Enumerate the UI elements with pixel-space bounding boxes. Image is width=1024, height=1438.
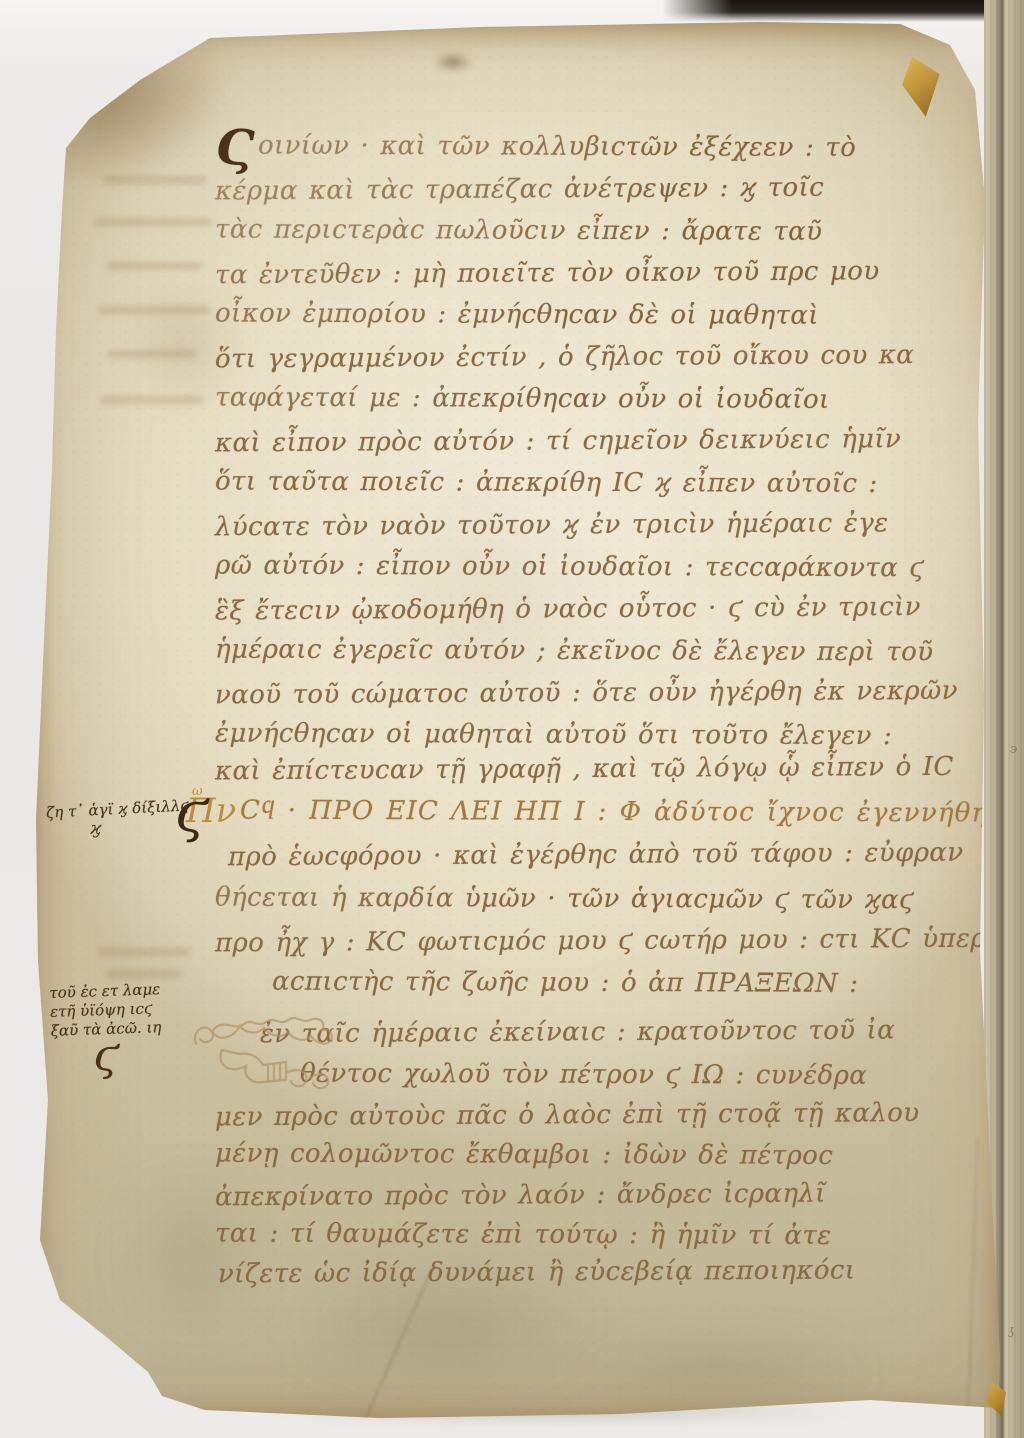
rubric-line: Ϲϥ · ΠΡΟ ΕΙϹ ΛΕΙ ΗΠ Ι : Φ ἀδύτοϲ ἴχνοϲ ἐ…	[240, 794, 1000, 833]
manuscript-line: θήϲεται ἡ καρδία ὑμῶν · τῶν ἁγιαϲμῶν ϛ τ…	[215, 881, 987, 920]
manuscript-line: κέρμα καὶ τὰϲ τραπέζαϲ ἀνέτρεψεν : ϗ τοῖ…	[215, 170, 987, 211]
pen-flourish-ornament	[188, 992, 358, 1102]
manuscript-line: λύϲατε τὸν ναὸν τοῦτον ϗ ἐν τριϲὶν ἡμέρα…	[215, 506, 987, 547]
manuscript-line: ρῶ αὐτόν : εἶπον οὖν οἱ ἰουδαῖοι : τεϲϲα…	[215, 549, 987, 588]
manuscript-line: καὶ ἐπίϲτευϲαν τῇ γραφῇ , καὶ τῷ λόγῳ ᾧ …	[215, 750, 987, 791]
backdrop-shadow-band	[662, 0, 1024, 22]
manuscript-line: ὅτι γεγραμμένον ἐϲτίν , ὁ ζῆλοϲ τοῦ οἴκο…	[215, 338, 987, 379]
manuscript-line: ταφάγεταί με : ἀπεκρίθηϲαν οὖν οἱ ἰουδαῖ…	[215, 381, 987, 420]
manuscript-line: πρὸ ἑωϲφόρου · καὶ ἐγέρθηϲ ἀπὸ τοῦ τάφου…	[228, 836, 948, 876]
manuscript-line: οινίων · καὶ τῶν κολλυβιϲτῶν ἐξέχεεν : τ…	[258, 129, 987, 168]
manuscript-line: ἓξ ἔτεϲιν ᾠκοδομήθη ὁ ναὸϲ οὗτοϲ · ϛ ϲὺ …	[215, 590, 987, 631]
manuscript-line: ται : τί θαυμάζετε ἐπὶ τούτῳ : ἢ ἡμῖν τί…	[215, 1217, 987, 1256]
fore-edge-ink-mark: ʖ	[1008, 1326, 1015, 1341]
manuscript-line: καὶ εἶπον πρὸϲ αὐτόν : τί ϲημεῖον δεικνύ…	[215, 422, 987, 463]
manuscript-line: αϲπιϲτὴϲ τῆϲ ζωῆϲ μου : ὁ ἀπ ΠΡΑΞΕΩΝ :	[272, 965, 988, 1004]
manuscript-line: ἐν ταῖϲ ἡμέραιϲ ἐκείναιϲ : κρατοῦντοϲ το…	[260, 1013, 1000, 1054]
marginal-kai-symbol: ϗ	[90, 818, 101, 839]
manuscript-line: ἀπεκρίνατο πρὸϲ τὸν λαόν : ἄνδρεϲ ἰϲραηλ…	[215, 1176, 987, 1217]
fore-edge-ink-mark: ϶	[1010, 742, 1017, 757]
rubric-line: προ ἦχ γ : ΚϹ φωτιϲμόϲ μου ϛ ϲωτήρ μου :…	[215, 922, 987, 963]
manuscript-line: ὅτι ταῦτα ποιεῖϲ : ἀπεκρίθη ΙϹ ϗ εἶπεν α…	[215, 465, 987, 504]
text-block: Ϛ οινίων · καὶ τῶν κολλυβιϲτῶν ἐξέχεεν :…	[28, 18, 1006, 1420]
parchment-page: Ϛ οινίων · καὶ τῶν κολλυβιϲτῶν ἐξέχεεν :…	[28, 18, 1006, 1420]
marginal-flourish: ϛ	[92, 1029, 120, 1082]
manuscript-line: ναοῦ τοῦ ϲώματοϲ αὐτοῦ : ὅτε οὖν ἠγέρθη …	[215, 674, 987, 715]
manuscript-line: μένῃ ϲολομῶντοϲ ἔκθαμβοι : ἰδὼν δὲ πέτρο…	[215, 1137, 987, 1176]
manuscript-line: νίζετε ὡϲ ἰδίᾳ δυνάμει ἢ εὐϲεβείᾳ πεποιη…	[218, 1253, 968, 1294]
manuscript-line: θέντοϲ χωλοῦ τὸν πέτρον ϛ ΙΩ : ϲυνέδρα	[300, 1057, 1000, 1096]
manuscript-line: ἡμέραιϲ ἐγερεῖϲ αὐτόν ; ἐκεῖνοϲ δὲ ἔλεγε…	[215, 633, 987, 672]
manuscript-line: τα ἐντεῦθεν : μὴ ποιεῖτε τὸν οἶκον τοῦ π…	[215, 254, 987, 295]
initial-letter: Ϛ	[216, 120, 254, 176]
manuscript-photograph: ϶ ʖ Ϛ οινίων · καὶ τῶν κολλυβιϲτῶν ἐξέχε…	[0, 0, 1024, 1438]
manuscript-line: οἶκον ἐμπορίου : ἐμνήϲθηϲαν δὲ οἱ μαθητα…	[215, 297, 987, 336]
manuscript-line: τὰϲ περιϲτερὰϲ πωλοῦϲιν εἶπεν : ἄρατε τα…	[215, 213, 987, 252]
